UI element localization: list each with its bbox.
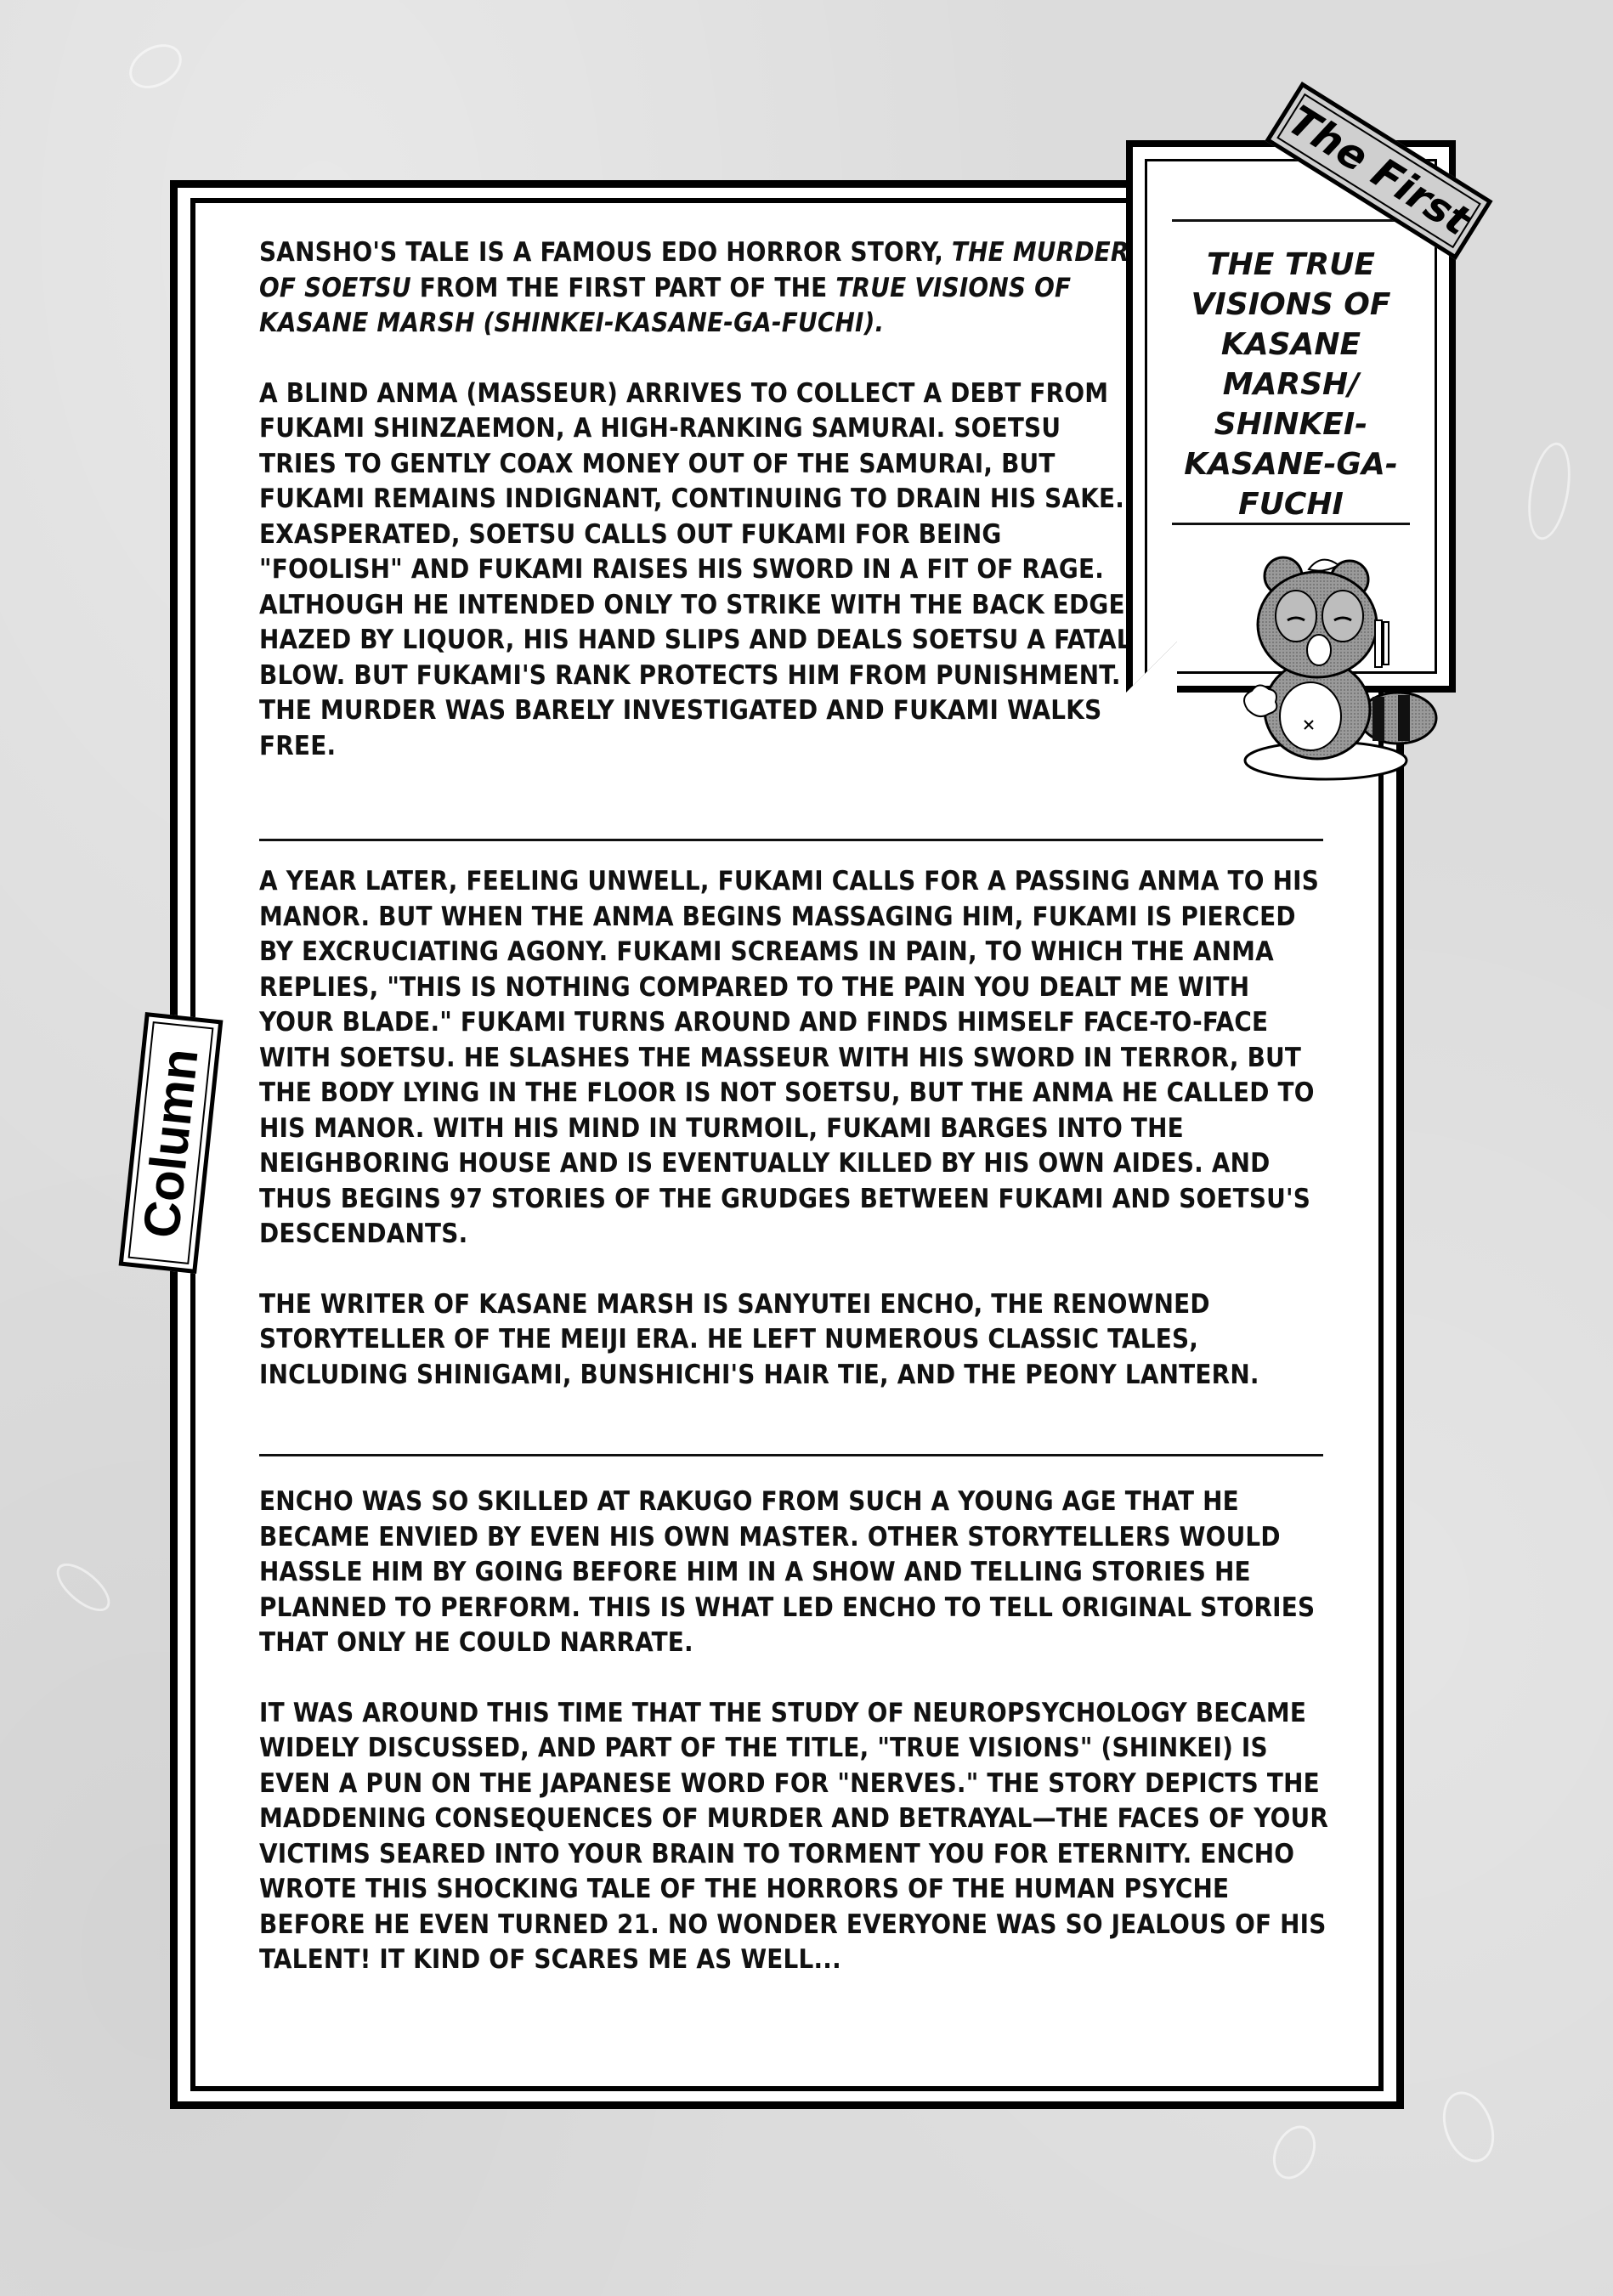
section-2: A year later, feeling unwell, Fukami cal… bbox=[259, 864, 1330, 1428]
paper-fiber bbox=[1265, 2118, 1324, 2186]
paragraph: A year later, feeling unwell, Fukami cal… bbox=[259, 864, 1330, 1253]
paragraph: It was around this time that the study o… bbox=[259, 1696, 1330, 1978]
section-3: Encho was so skilled at rakugo from such… bbox=[259, 1484, 1330, 2013]
tag-column-label: Column bbox=[132, 1045, 210, 1240]
intro-paragraph: Sansho's tale is a famous Edo horror sto… bbox=[259, 235, 1135, 342]
tanuki-mascot-icon bbox=[1224, 535, 1445, 790]
section-1: Sansho's tale is a famous Edo horror sto… bbox=[259, 235, 1135, 799]
sidebar-rule-top bbox=[1172, 219, 1410, 222]
paragraph: Encho was so skilled at rakugo from such… bbox=[259, 1484, 1330, 1661]
section-divider bbox=[259, 1454, 1323, 1456]
paragraph: A blind anma (masseur) arrives to collec… bbox=[259, 376, 1135, 765]
paper-fiber bbox=[122, 36, 190, 98]
paper-fiber bbox=[48, 1555, 117, 1620]
sidebar-title: The True Visions of Kasane Marsh/ Shinke… bbox=[1158, 245, 1423, 524]
paragraph: The writer of Kasane Marsh is Sanyutei E… bbox=[259, 1287, 1330, 1394]
text-span: from the first part of the bbox=[411, 273, 835, 303]
sidebar-rule-bottom bbox=[1172, 523, 1410, 525]
section-divider bbox=[259, 839, 1323, 841]
tag-column-inner: Column bbox=[128, 1021, 214, 1264]
paper-fiber bbox=[1521, 439, 1576, 543]
text-span: Sansho's tale is a famous Edo horror sto… bbox=[259, 237, 952, 268]
paper-fiber bbox=[1434, 2084, 1503, 2169]
page-curl-icon bbox=[1126, 642, 1177, 693]
